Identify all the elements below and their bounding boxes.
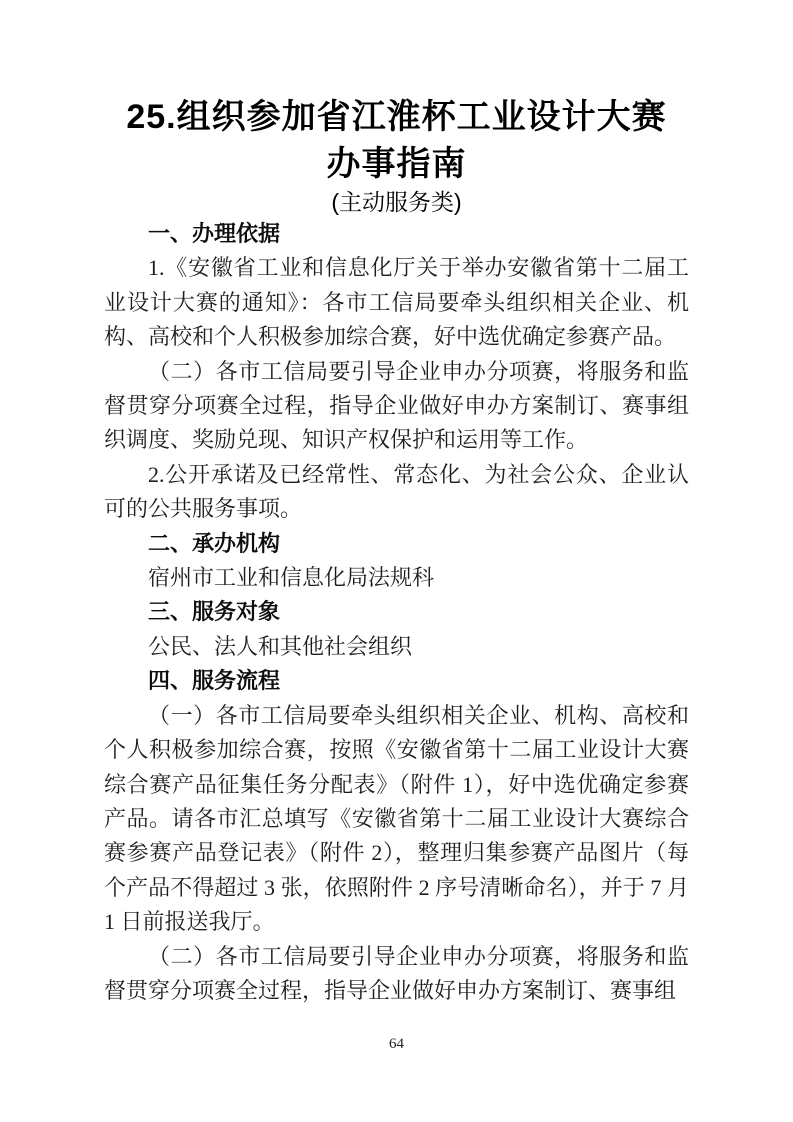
paragraph: 公民、法人和其他社会组织 (104, 630, 689, 664)
paragraph: 宿州市工业和信息化局法规科 (104, 561, 689, 595)
page-number: 64 (0, 1036, 793, 1053)
document-page: 25.组织参加省江淮杯工业设计大赛 办事指南 (主动服务类) 一、办理依据 1.… (0, 0, 793, 1122)
document-body: 一、办理依据 1.《安徽省工业和信息化厅关于举办安徽省第十二届工业设计大赛的通知… (104, 217, 689, 1008)
section-heading-basis: 一、办理依据 (104, 217, 689, 251)
document-title: 25.组织参加省江淮杯工业设计大赛 办事指南 (104, 94, 689, 188)
document-subtitle: (主动服务类) (104, 188, 689, 217)
paragraph: （一）各市工信局要牵头组织相关企业、机构、高校和个人积极参加综合赛，按照《安徽省… (104, 699, 689, 940)
paragraph: （二）各市工信局要引导企业申办分项赛，将服务和监督贯穿分项赛全过程，指导企业做好… (104, 940, 689, 1009)
paragraph: 1.《安徽省工业和信息化厅关于举办安徽省第十二届工业设计大赛的通知》：各市工信局… (104, 251, 689, 354)
section-heading-service-target: 三、服务对象 (104, 595, 689, 629)
document-content: 25.组织参加省江淮杯工业设计大赛 办事指南 (主动服务类) 一、办理依据 1.… (104, 0, 689, 1008)
document-title-line-2: 办事指南 (104, 141, 689, 188)
paragraph: （二）各市工信局要引导企业申办分项赛，将服务和监督贯穿分项赛全过程，指导企业做好… (104, 355, 689, 458)
document-title-line-1: 25.组织参加省江淮杯工业设计大赛 (104, 94, 689, 141)
section-heading-undertaking-agency: 二、承办机构 (104, 527, 689, 561)
section-heading-service-process: 四、服务流程 (104, 664, 689, 698)
paragraph: 2.公开承诺及已经常性、常态化、为社会公众、企业认可的公共服务事项。 (104, 458, 689, 527)
